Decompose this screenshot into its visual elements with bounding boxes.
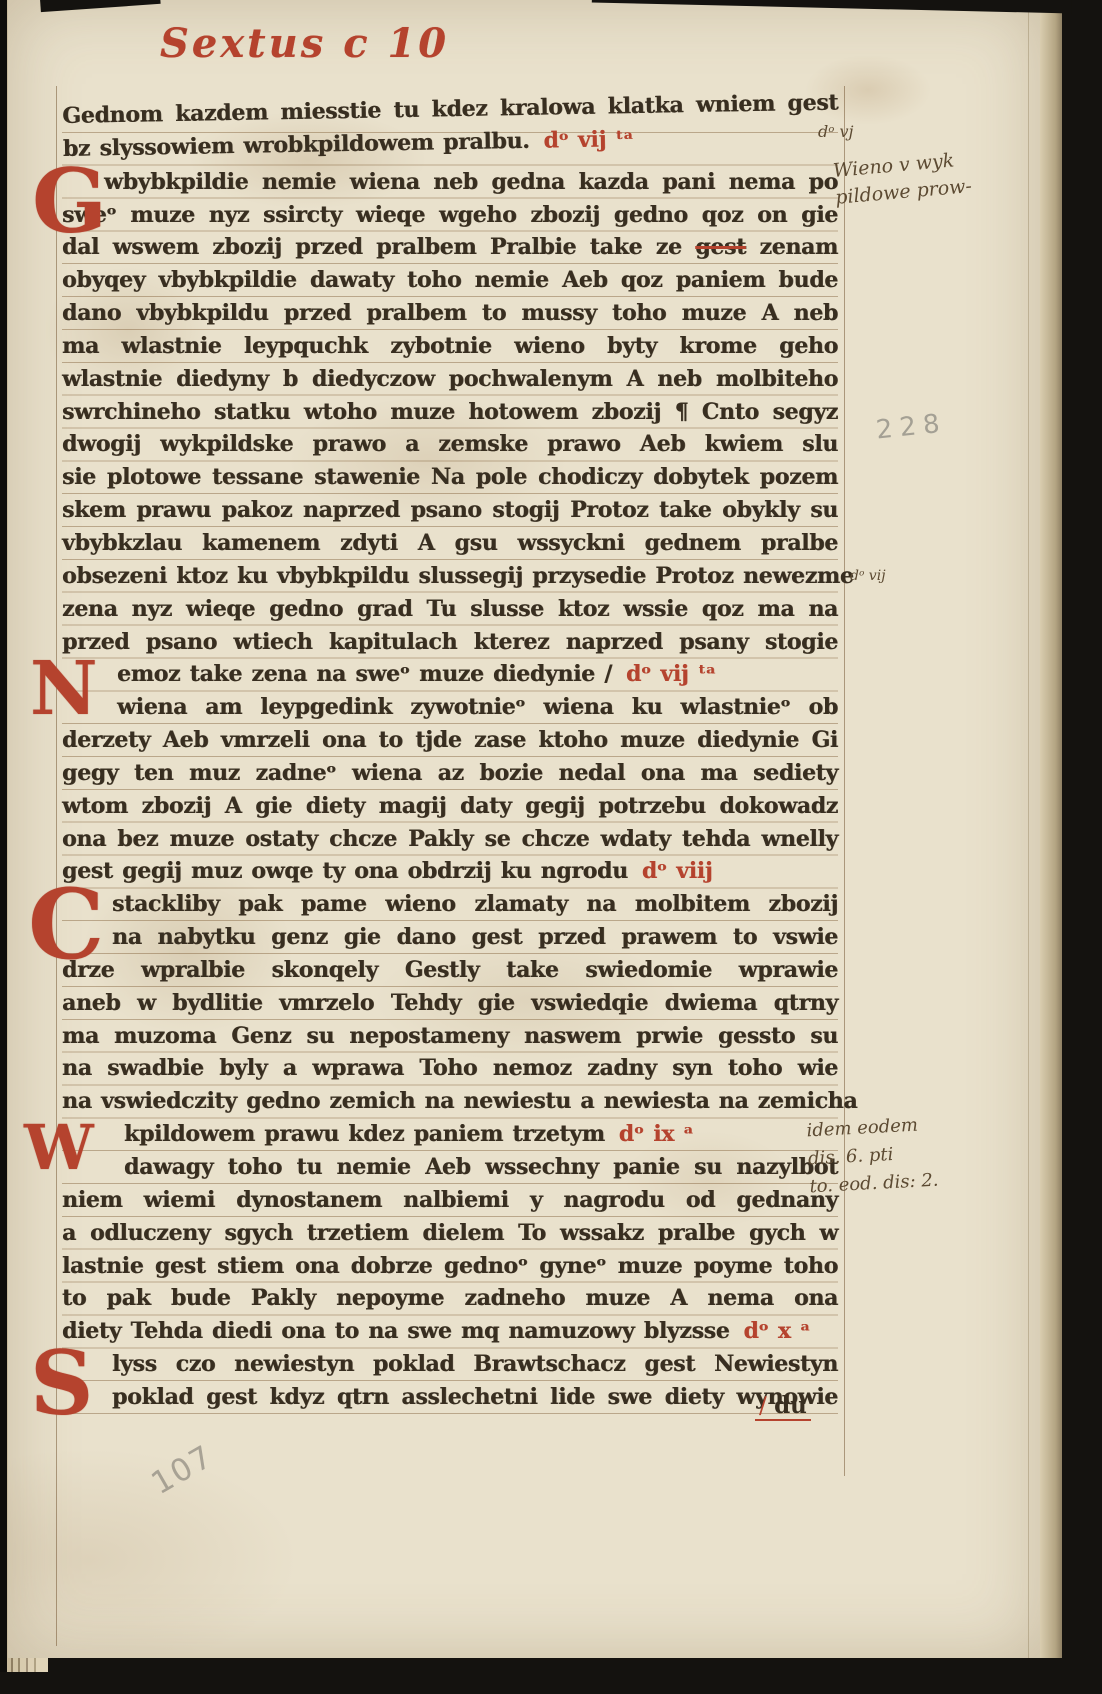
rubric: dᵒ vij ᵗᵃ: [612, 661, 716, 687]
text-line: diety Tehda diedi ona to na swe mq namuz…: [62, 1315, 838, 1348]
text-segment: bz slyssowiem wrobkpildowem pralbu.: [63, 128, 530, 162]
text-segment: obyqey vbybkpildie dawaty toho nemie Aeb…: [62, 267, 838, 293]
text-segment: dano vbybkpildu przed pralbem to mussy t…: [62, 300, 838, 326]
text-segment: to pak bude Pakly nepoyme zadneho muze A…: [62, 1285, 838, 1311]
text-segment: dal wswem zbozij przed pralbem Pralbie t…: [62, 234, 695, 260]
text-line: dwogij wykpildske prawo a zemske prawo A…: [62, 428, 838, 461]
rubric: dᵒ viij: [628, 858, 713, 884]
margin-note-do-vij-small: dᵒ vij: [850, 568, 886, 584]
text-line: aneb w bydlitie vmrzelo Tehdy gie vswied…: [62, 987, 838, 1020]
text-line: gest gegij muz owqe ty ona obdrzij ku ng…: [62, 855, 838, 888]
text-segment: vbybkzlau kamenem zdyti A gsu wssyckni g…: [62, 530, 838, 556]
initial-letter: W: [24, 1122, 94, 1175]
text-line: ona bez muze ostaty chcze Pakly se chcze…: [62, 823, 838, 856]
initial-letter: G: [32, 164, 107, 239]
text-line: wiena am leypgedink zywotnieᵒ wiena ku w…: [62, 691, 838, 724]
rubric: dᵒ x ᵃ: [729, 1318, 810, 1344]
text-segment: niem wiemi dynostanem nalbiemi y nagrodu…: [62, 1187, 838, 1213]
margin-note-idem-line3: to. eod. dis: 2.: [809, 1167, 939, 1202]
text-segment: emoz take zena na sweᵒ muze diedynie /: [117, 661, 612, 687]
text-segment: ma muzoma Genz su nepostameny naswem prw…: [62, 1023, 838, 1049]
text-segment: skem prawu pakoz naprzed psano stogij Pr…: [62, 497, 838, 523]
page-right-edge: [1040, 0, 1062, 1658]
running-head: Sextus c 10: [160, 20, 449, 67]
margin-note-do-vj: dᵒ vj: [818, 122, 854, 141]
text-segment: wtom zbozij A gie diety magij daty gegij…: [62, 793, 838, 819]
text-line: lyss czo newiestyn poklad Brawtschacz ge…: [62, 1348, 838, 1381]
text-segment: na nabytku genz gie dano gest przed praw…: [112, 924, 838, 950]
text-line: stackliby pak pame wieno zlamaty na molb…: [62, 888, 838, 921]
text-line: na vswiedczity gedno zemich na newiestu …: [62, 1085, 838, 1118]
text-line: kpildowem prawu kdez paniem trzetymdᵒ ix…: [62, 1118, 838, 1151]
text-segment: lyss czo newiestyn poklad Brawtschacz ge…: [112, 1351, 838, 1377]
text-segment: na vswiedczity gedno zemich na newiestu …: [62, 1088, 857, 1114]
text-line: derzety Aeb vmrzeli ona to tjde zase kto…: [62, 724, 838, 757]
text-line: wtom zbozij A gie diety magij daty gegij…: [62, 790, 838, 823]
text-segment: zena nyz wieqe gedno grad Tu slusse ktoz…: [62, 596, 838, 622]
text-line: na nabytku genz gie dano gest przed praw…: [62, 921, 838, 954]
text-line: na swadbie byly a wprawa Toho nemoz zadn…: [62, 1052, 838, 1085]
text-segment: ona bez muze ostaty chcze Pakly se chcze…: [62, 826, 838, 852]
text-line: sie plotowe tessane stawenie Na pole cho…: [62, 461, 838, 494]
pencil-number-bottom: 107: [145, 1438, 219, 1502]
text-segment: aneb w bydlitie vmrzelo Tehdy gie vswied…: [62, 990, 838, 1016]
text-line: wbybkpildie nemie wiena neb gedna kazda …: [62, 166, 838, 199]
text-segment: diety Tehda diedi ona to na swe mq namuz…: [62, 1318, 729, 1344]
text-line: ma muzoma Genz su nepostameny naswem prw…: [62, 1020, 838, 1053]
text-line: wlastnie diedyny b diedyczow pochwalenym…: [62, 363, 838, 396]
text-segment: przed psano wtiech kapitulach kterez nap…: [62, 629, 838, 655]
text-segment: obsezeni ktoz ku vbybkpildu slussegij pr…: [62, 563, 854, 589]
initial-letter: C: [28, 884, 104, 966]
text-line: skem prawu pakoz naprzed psano stogij Pr…: [62, 494, 838, 527]
initial-letter: N: [30, 658, 98, 721]
paragraph: Slyss czo newiestyn poklad Brawtschacz g…: [62, 1348, 838, 1414]
text-line: poklad gest kdyz qtrn asslechetni lide s…: [62, 1381, 838, 1414]
text-segment: wiena am leypgedink zywotnieᵒ wiena ku w…: [117, 694, 838, 720]
text-segment: ma wlastnie leypquchk zybotnie wieno byt…: [62, 333, 838, 359]
text-segment: wlastnie diedyny b diedyczow pochwalenym…: [62, 366, 838, 392]
text-segment: na swadbie byly a wprawa Toho nemoz zadn…: [62, 1055, 838, 1081]
text-segment: dwogij wykpildske prawo a zemske prawo A…: [62, 431, 838, 457]
text-block: Gednom kazdem miesstie tu kdez kralowa k…: [62, 100, 838, 1420]
right-margin-rule: [844, 86, 845, 1476]
text-line: ma wlastnie leypquchk zybotnie wieno byt…: [62, 330, 838, 363]
text-line: zena nyz wieqe gedno grad Tu slusse ktoz…: [62, 593, 838, 626]
text-segment: a odluczeny sgych trzetiem dielem To wss…: [62, 1220, 838, 1246]
text-line: niem wiemi dynostanem nalbiemi y nagrodu…: [62, 1184, 838, 1217]
text-line: dano vbybkpildu przed pralbem to mussy t…: [62, 297, 838, 330]
text-line: vbybkzlau kamenem zdyti A gsu wssyckni g…: [62, 527, 838, 560]
text-segment: swrchineho statku wtoho muze hotowem zbo…: [62, 399, 838, 425]
text-segment: gest gegij muz owqe ty ona obdrzij ku ng…: [62, 858, 628, 884]
paragraph: Wkpildowem prawu kdez paniem trzetymdᵒ i…: [62, 1118, 838, 1348]
text-segment: wbybkpildie nemie wiena neb gedna kazda …: [104, 169, 838, 195]
text-line: to pak bude Pakly nepoyme zadneho muze A…: [62, 1282, 838, 1315]
text-line: dawagy toho tu nemie Aeb wssechny panie …: [62, 1151, 838, 1184]
rubric: dᵒ ix ᵃ: [605, 1121, 694, 1147]
text-line: emoz take zena na sweᵒ muze diedynie /dᵒ…: [62, 658, 838, 691]
manuscript-page: Sextus c 10 Gednom kazdem miesstie tu kd…: [8, 0, 1040, 1658]
text-line: obyqey vbybkpildie dawaty toho nemie Aeb…: [62, 264, 838, 297]
text-segment: stackliby pak pame wieno zlamaty na molb…: [112, 891, 838, 917]
pencil-folio-number: 228: [875, 408, 948, 445]
catchword: du: [755, 1392, 811, 1421]
text-segment: gegy ten muz zadneᵒ wiena az bozie nedal…: [62, 760, 838, 786]
page-fold-rule: [1028, 0, 1029, 1658]
struck-text: gest: [695, 234, 746, 260]
paragraph: Nemoz take zena na sweᵒ muze diedynie /d…: [62, 658, 838, 888]
text-line: a odluczeny sgych trzetiem dielem To wss…: [62, 1217, 838, 1250]
margin-note-idem: idem eodem dis. 6. pti to. eod. dis: 2.: [806, 1111, 939, 1202]
text-line: gegy ten muz zadneᵒ wiena az bozie nedal…: [62, 757, 838, 790]
text-segment: drze wpralbie skonqely Gestly take swied…: [62, 957, 838, 983]
manuscript-scan: Sextus c 10 Gednom kazdem miesstie tu kd…: [0, 0, 1102, 1694]
text-line: obsezeni ktoz ku vbybkpildu slussegij pr…: [62, 560, 838, 593]
paragraph: Gednom kazdem miesstie tu kdez kralowa k…: [62, 86, 839, 165]
paragraph: Cstackliby pak pame wieno zlamaty na mol…: [62, 888, 838, 1118]
text-segment: sweᵒ muze nyz ssircty wieqe wgeho zbozij…: [62, 202, 838, 228]
text-line: lastnie gest stiem ona dobrze gednoᵒ gyn…: [62, 1250, 838, 1283]
text-line: przed psano wtiech kapitulach kterez nap…: [62, 626, 838, 659]
text-segment: sie plotowe tessane stawenie Na pole cho…: [62, 464, 838, 490]
text-segment: kpildowem prawu kdez paniem trzetym: [124, 1121, 605, 1147]
rubric: dᵒ vij ᵗᵃ: [529, 126, 633, 154]
text-line: swrchineho statku wtoho muze hotowem zbo…: [62, 396, 838, 429]
text-segment: zenam: [746, 234, 838, 260]
text-segment: poklad gest kdyz qtrn asslechetni lide s…: [112, 1384, 838, 1410]
text-line: dal wswem zbozij przed pralbem Pralbie t…: [62, 231, 838, 264]
initial-letter: S: [30, 1346, 94, 1421]
text-line: sweᵒ muze nyz ssircty wieqe wgeho zbozij…: [62, 199, 838, 232]
text-segment: dawagy toho tu nemie Aeb wssechny panie …: [124, 1154, 838, 1180]
paragraph: Gwbybkpildie nemie wiena neb gedna kazda…: [62, 166, 838, 659]
text-line: drze wpralbie skonqely Gestly take swied…: [62, 954, 838, 987]
margin-note-wieno: Wieno v wyk pildowe prow-: [832, 146, 973, 212]
text-segment: lastnie gest stiem ona dobrze gednoᵒ gyn…: [62, 1253, 838, 1279]
text-segment: derzety Aeb vmrzeli ona to tjde zase kto…: [62, 727, 838, 753]
